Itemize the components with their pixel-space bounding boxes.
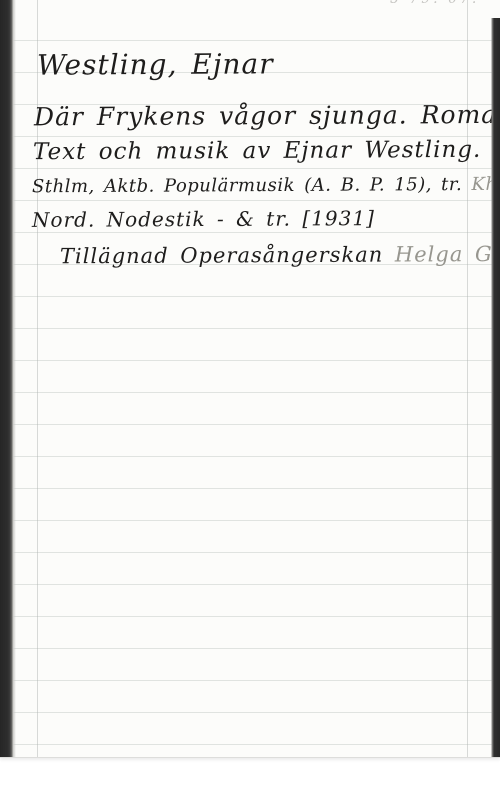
pencil-shelfmark: 5 79. 07. (390, 0, 479, 7)
dedication-line: Tillägnad Operasångerskan Helga Görlin. (60, 242, 500, 269)
imprint-line: Sthlm, Aktb. Populärmusik (A. B. P. 15),… (32, 174, 500, 198)
dedication-faint-text: Helga Görlin. (395, 242, 500, 267)
title-line: Där Frykens vågor sjunga. Romance. (34, 100, 500, 132)
imprint-main-text: Sthlm, Aktb. Populärmusik (A. B. P. 15),… (32, 174, 472, 197)
scan-edge-right (491, 18, 500, 757)
catalog-card-paper: 5 79. 07. Westling, Ejnar Där Frykens vå… (0, 0, 500, 758)
credits-line: Text och musik av Ejnar Westling. (33, 137, 481, 165)
printer-line: Nord. Nodestik - & tr. [1931] (32, 206, 375, 232)
scanned-card: 5 79. 07. Westling, Ejnar Där Frykens vå… (0, 0, 500, 800)
book-gutter-edge (0, 0, 16, 757)
dedication-main-text: Tillägnad Operasångerskan (60, 243, 395, 269)
author-heading: Westling, Ejnar (37, 47, 274, 81)
